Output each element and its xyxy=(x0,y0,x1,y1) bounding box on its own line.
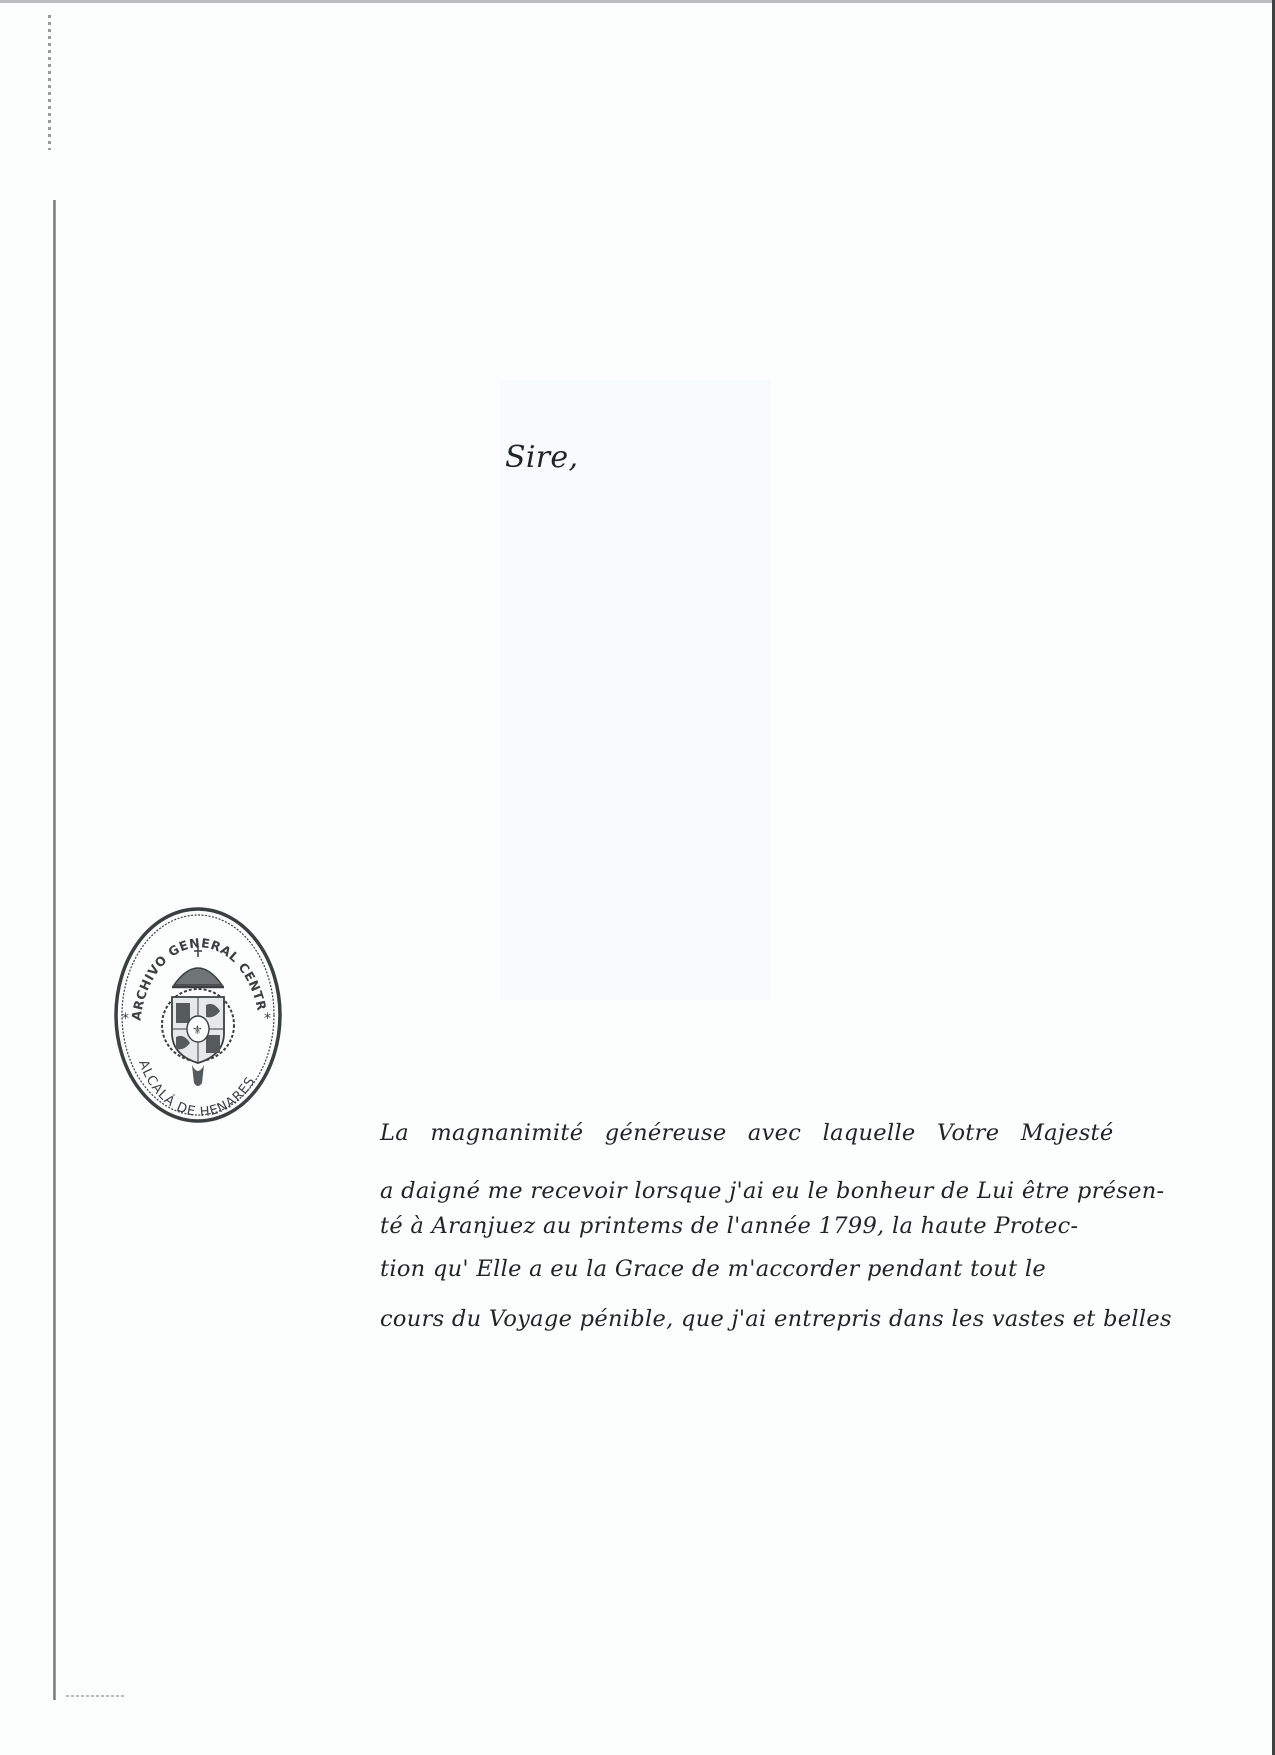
scan-left-edge-speckle xyxy=(48,15,51,150)
letter-line-1: La magnanimité généreuse avec laquelle V… xyxy=(380,1120,1114,1146)
scan-top-edge xyxy=(0,0,1275,3)
document-page: Sire, La magnanimité généreuse avec laqu… xyxy=(0,0,1275,1755)
salutation: Sire, xyxy=(505,440,578,475)
letter-line-3: té à Aranjuez au printems de l'année 179… xyxy=(380,1213,1078,1239)
fleece-pendant-icon xyxy=(192,1065,204,1086)
letter-line-5: cours du Voyage pénible, que j'ai entrep… xyxy=(380,1306,1172,1332)
scan-left-edge-shadow xyxy=(53,200,56,1700)
svg-text:⚜: ⚜ xyxy=(192,1023,203,1037)
stamp-ornament-left-icon: * xyxy=(122,1011,129,1027)
coat-of-arms-shield-icon: ⚜ xyxy=(162,989,234,1063)
archive-stamp-graphic: ARCHIVO GENERAL CENTRAL ALCALÁ DE HENARE… xyxy=(112,905,284,1125)
letter-line-4: tion qu' Elle a eu la Grace de m'accorde… xyxy=(380,1256,1046,1282)
stamp-bottom-text: ALCALÁ DE HENARES xyxy=(135,1058,259,1120)
archive-stamp: ARCHIVO GENERAL CENTRAL ALCALÁ DE HENARE… xyxy=(112,905,284,1125)
scan-bottom-smudge xyxy=(66,1695,126,1697)
letter-line-2: a daigné me recevoir lorsque j'ai eu le … xyxy=(380,1178,1164,1204)
stamp-ornament-right-icon: * xyxy=(264,1011,271,1027)
